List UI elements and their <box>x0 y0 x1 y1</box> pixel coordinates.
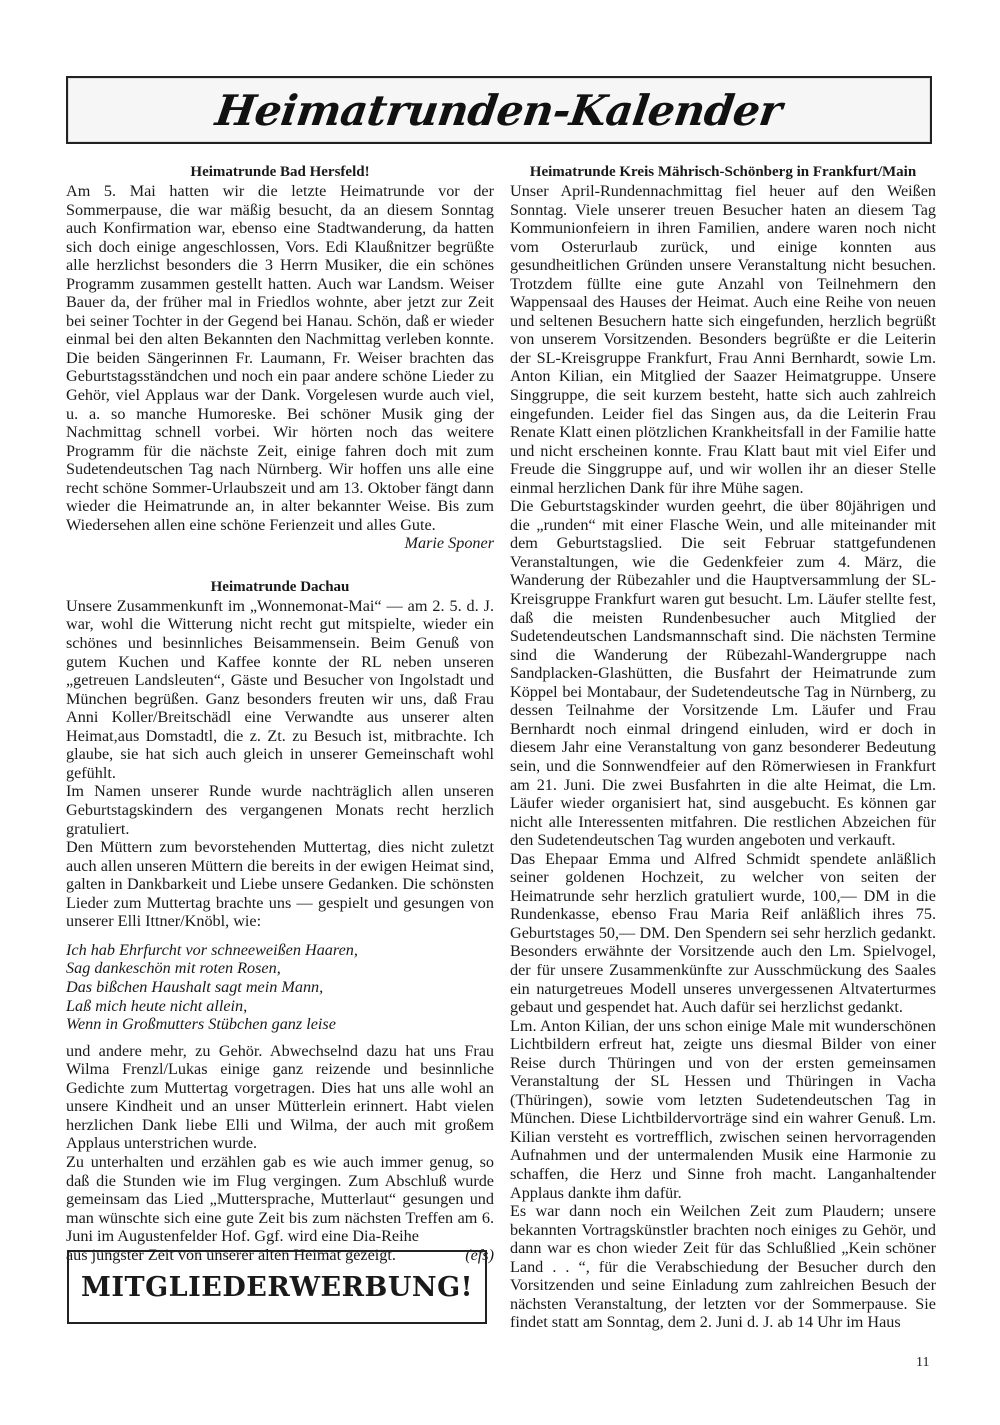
article-heading: Heimatrunde Bad Hersfeld! <box>66 163 494 182</box>
article-paragraph: Lm. Anton Kilian, der uns schon einige M… <box>510 1017 936 1202</box>
article-paragraph: Unser April-Rundennachmittag fiel heuer … <box>510 182 936 497</box>
article-paragraph: Es war dann noch ein Weilchen Zeit zum P… <box>510 1202 936 1332</box>
article-body: Am 5. Mai hatten wir die letzte Heimatru… <box>66 182 494 534</box>
song-title: Sag dankeschön mit roten Rosen, <box>66 959 494 978</box>
article-paragraph: Das Ehepaar Emma und Alfred Schmidt spen… <box>510 850 936 1017</box>
song-title: Wenn in Großmutters Stübchen ganz leise <box>66 1015 494 1034</box>
page-title: Heimatrunden-Kalender <box>213 86 785 135</box>
song-title: Laß mich heute nicht allein, <box>66 997 494 1016</box>
article-heading: Heimatrunde Kreis Mährisch-Schönberg in … <box>510 163 936 182</box>
author-signature: Marie Sponer <box>66 534 494 553</box>
song-title: Ich hab Ehrfurcht vor schneeweißen Haare… <box>66 941 494 960</box>
article-paragraph: Zu unterhalten und erzählen gab es wie a… <box>66 1153 494 1246</box>
page-number: 11 <box>916 1355 929 1371</box>
left-column: Heimatrunde Bad Hersfeld! Am 5. Mai hatt… <box>66 163 494 1264</box>
article-dachau: Heimatrunde Dachau Unsere Zusammenkunft … <box>66 578 494 1264</box>
membership-ad-text: MITGLIEDERWERBUNG! <box>81 1272 473 1303</box>
membership-ad-box: MITGLIEDERWERBUNG! <box>67 1250 487 1324</box>
article-paragraph: Unsere Zusammenkunft im „Wonnemonat-Mai“… <box>66 597 494 782</box>
article-paragraph: und andere mehr, zu Gehör. Abwechselnd d… <box>66 1042 494 1153</box>
right-column: Heimatrunde Kreis Mährisch-Schönberg in … <box>510 163 936 1332</box>
header-banner: Heimatrunden-Kalender <box>66 76 932 144</box>
song-list: Ich hab Ehrfurcht vor schneeweißen Haare… <box>66 941 494 1034</box>
article-bad-hersfeld: Heimatrunde Bad Hersfeld! Am 5. Mai hatt… <box>66 163 494 553</box>
article-heading: Heimatrunde Dachau <box>66 578 494 597</box>
article-paragraph: Den Müttern zum bevorstehenden Muttertag… <box>66 838 494 931</box>
article-paragraph: Die Geburtstagskinder wurden geehrt, die… <box>510 497 936 849</box>
article-paragraph: Im Namen unserer Runde wurde nachträglic… <box>66 782 494 838</box>
article-maehrisch-schoenberg: Heimatrunde Kreis Mährisch-Schönberg in … <box>510 163 936 1332</box>
song-title: Das bißchen Haushalt sagt mein Mann, <box>66 978 494 997</box>
